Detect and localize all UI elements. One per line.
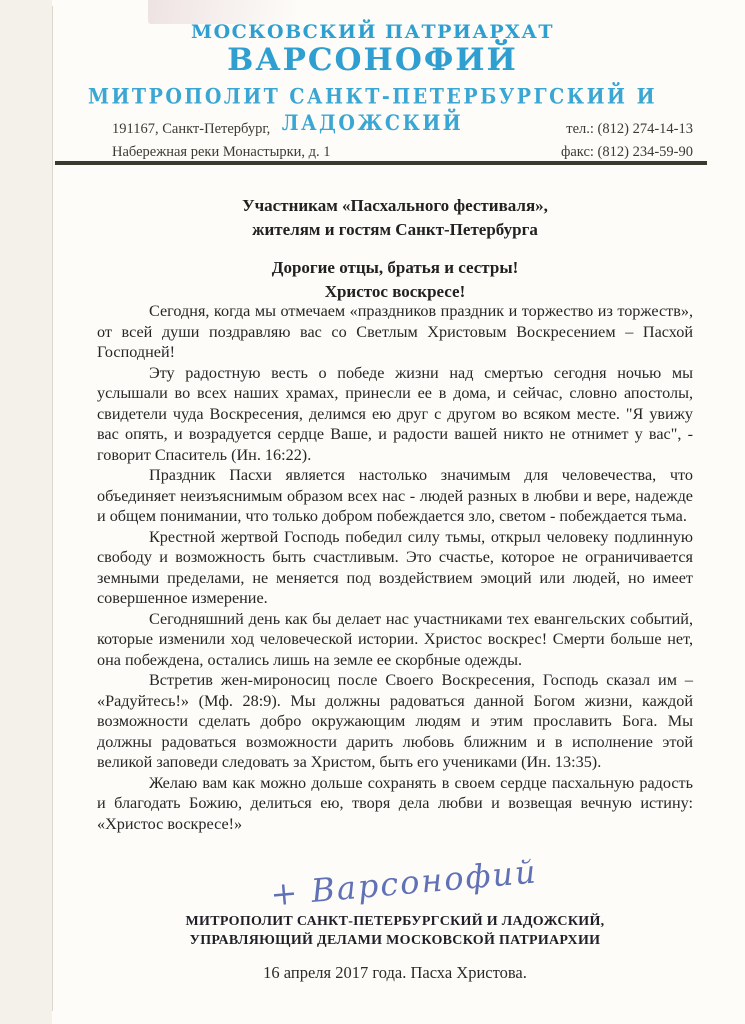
paragraph-4: Крестной жертвой Господь победил силу ть… bbox=[97, 527, 693, 609]
letterhead-name: ВАРСОНОФИЙ bbox=[0, 44, 745, 76]
recipient-block: Участникам «Пасхального фестиваля», жите… bbox=[97, 194, 693, 242]
letterhead-divider-rule bbox=[55, 161, 707, 165]
recipient-line-1: Участникам «Пасхального фестиваля», bbox=[97, 194, 693, 218]
salutation-line-1: Дорогие отцы, братья и сестры! bbox=[97, 256, 693, 280]
address-line-1: 191167, Санкт-Петербург, bbox=[112, 118, 331, 141]
paragraph-1: Сегодня, когда мы отмечаем «праздников п… bbox=[97, 301, 693, 363]
paragraph-7: Желаю вам как можно дольше сохранять в с… bbox=[97, 773, 693, 835]
signer-title-line-2: УПРАВЛЯЮЩИЙ ДЕЛАМИ МОСКОВСКОЙ ПАТРИАРХИИ bbox=[97, 931, 693, 950]
recipient-line-2: жителям и гостям Санкт-Петербурга bbox=[97, 218, 693, 242]
phone-fax-block: тел.: (812) 274-14-13 факс: (812) 234-59… bbox=[561, 118, 693, 164]
paragraph-5: Сегодняшний день как бы делает нас участ… bbox=[97, 609, 693, 671]
contact-block: 191167, Санкт-Петербург, Набережная реки… bbox=[112, 118, 693, 164]
letterhead: МОСКОВСКИЙ ПАТРИАРХАТ ВАРСОНОФИЙ МИТРОПО… bbox=[0, 20, 745, 134]
salutation-block: Дорогие отцы, братья и сестры! Христос в… bbox=[97, 256, 693, 304]
signer-title-block: МИТРОПОЛИТ САНКТ-ПЕТЕРБУРГСКИЙ И ЛАДОЖСК… bbox=[97, 912, 693, 950]
letterhead-organization: МОСКОВСКИЙ ПАТРИАРХАТ bbox=[0, 20, 745, 44]
handwritten-signature: + Варсонофий bbox=[269, 852, 539, 913]
paragraph-6: Встретив жен-мироносиц после Своего Воск… bbox=[97, 670, 693, 773]
address-block: 191167, Санкт-Петербург, Набережная реки… bbox=[112, 118, 331, 164]
paragraph-2: Эту радостную весть о победе жизни над с… bbox=[97, 363, 693, 466]
scan-seam-line bbox=[52, 6, 53, 1011]
scanned-letter-page: МОСКОВСКИЙ ПАТРИАРХАТ ВАРСОНОФИЙ МИТРОПО… bbox=[0, 0, 745, 1024]
scan-left-edge bbox=[0, 0, 52, 1024]
phone-line: тел.: (812) 274-14-13 bbox=[561, 118, 693, 141]
date-line: 16 апреля 2017 года. Пасха Христова. bbox=[97, 963, 693, 983]
letter-body: Сегодня, когда мы отмечаем «праздников п… bbox=[97, 301, 693, 834]
signer-title-line-1: МИТРОПОЛИТ САНКТ-ПЕТЕРБУРГСКИЙ И ЛАДОЖСК… bbox=[97, 912, 693, 931]
paragraph-3: Праздник Пасхи является настолько значим… bbox=[97, 465, 693, 527]
